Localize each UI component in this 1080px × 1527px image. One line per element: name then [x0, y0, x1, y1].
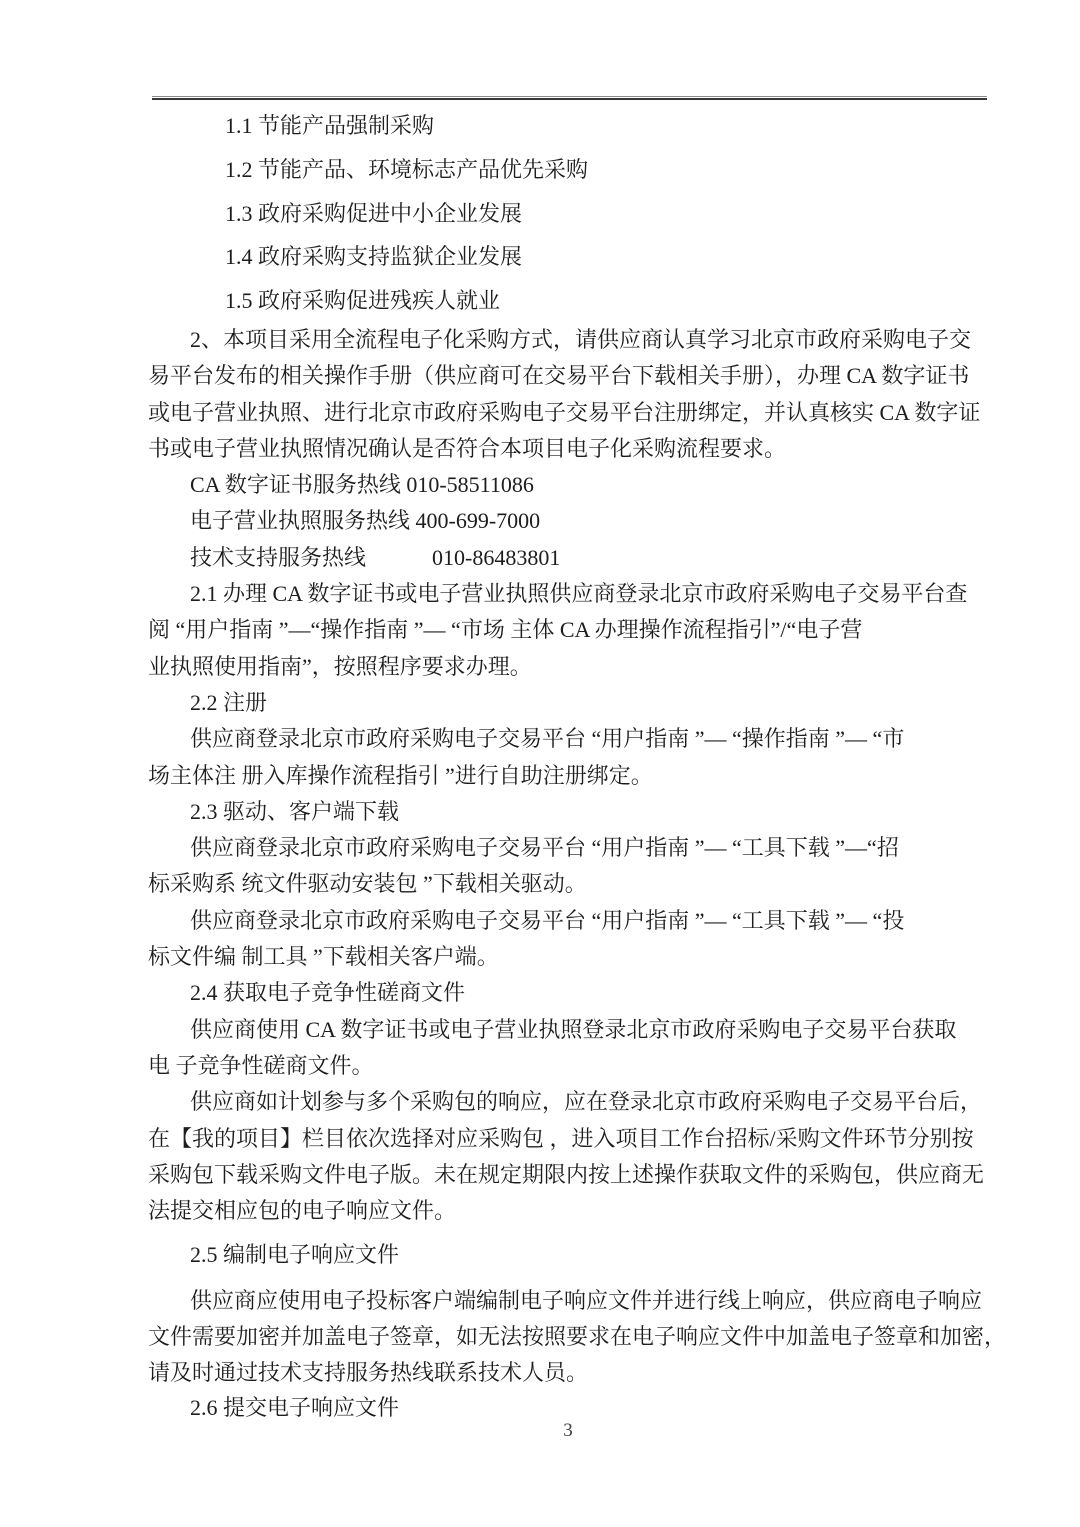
intro-paragraph-line: 或电子营业执照、进行北京市政府采购电子交易平台注册绑定，并认真核实 CA 数字证 — [148, 395, 998, 431]
section-2-3-paragraph-line: 标采购系 统文件驱动安装包 ”下载相关驱动。 — [148, 866, 998, 902]
section-2-3-paragraph-line: 标文件编 制工具 ”下载相关客户端。 — [148, 939, 998, 975]
intro-paragraph-line: 书或电子营业执照情况确认是否符合本项目电子化采购流程要求。 — [148, 431, 998, 467]
section-2-4-paragraph-line: 供应商使用 CA 数字证书或电子营业执照登录北京市政府采购电子交易平台获取 — [148, 1012, 998, 1048]
header-rule — [152, 96, 987, 100]
list-item-1-4: 1.4 政府采购支持监狱企业发展 — [148, 235, 998, 279]
section-2-2-heading: 2.2 注册 — [148, 685, 998, 721]
section-2-1-line: 2.1 办理 CA 数字证书或电子营业执照供应商登录北京市政府采购电子交易平台查 — [148, 576, 998, 612]
document-page: 1.1 节能产品强制采购 1.2 节能产品、环境标志产品优先采购 1.3 政府采… — [0, 0, 1080, 1527]
intro-paragraph-line: 2、本项目采用全流程电子化采购方式，请供应商认真学习北京市政府采购电子交 — [148, 322, 998, 358]
section-2-1-line: 阅 “用户指南 ”—“操作指南 ”— “市场 主体 CA 办理操作流程指引”/“… — [148, 612, 998, 648]
section-2-2-line: 场主体注 册入库操作流程指引 ”进行自助注册绑定。 — [148, 758, 998, 794]
hotline-ca-certificate: CA 数字证书服务热线 010-58511086 — [148, 467, 998, 503]
list-item-1-5: 1.5 政府采购促进残疾人就业 — [148, 279, 998, 323]
section-2-4-paragraph-line: 在【我的项目】栏目依次选择对应采购包 ，进入项目工作台招标/采购文件环节分别按 — [148, 1121, 998, 1157]
intro-paragraph-line: 易平台发布的相关操作手册（供应商可在交易平台下载相关手册），办理 CA 数字证书 — [148, 358, 998, 394]
section-2-5-line: 文件需要加密并加盖电子签章，如无法按照要求在电子响应文件中加盖电子签章和加密， — [148, 1319, 998, 1355]
section-2-2-line: 供应商登录北京市政府采购电子交易平台 “用户指南 ”— “操作指南 ”— “市 — [148, 721, 998, 757]
section-2-4-paragraph-line: 法提交相应包的电子响应文件。 — [148, 1193, 998, 1229]
section-2-4-paragraph-line: 供应商如计划参与多个采购包的响应，应在登录北京市政府采购电子交易平台后， — [148, 1084, 998, 1120]
section-2-4-paragraph-line: 采购包下载采购文件电子版。未在规定期限内按上述操作获取文件的采购包，供应商无 — [148, 1157, 998, 1193]
section-2-5-line: 供应商应使用电子投标客户端编制电子响应文件并进行线上响应，供应商电子响应 — [148, 1283, 998, 1319]
page-content: 1.1 节能产品强制采购 1.2 节能产品、环境标志产品优先采购 1.3 政府采… — [148, 104, 998, 1426]
page-number: 3 — [148, 1420, 988, 1442]
hotline-e-business-license: 电子营业执照服务热线 400-699-7000 — [148, 503, 998, 539]
hotline-tech-support: 技术支持服务热线 010-86483801 — [148, 540, 998, 576]
section-2-4-paragraph-line: 电 子竞争性磋商文件。 — [148, 1048, 998, 1084]
list-item-1-3: 1.3 政府采购促进中小企业发展 — [148, 192, 998, 236]
section-2-4-heading: 2.4 获取电子竞争性磋商文件 — [148, 975, 998, 1011]
section-2-3-paragraph-line: 供应商登录北京市政府采购电子交易平台 “用户指南 ”— “工具下载 ”— “投 — [148, 903, 998, 939]
section-2-1-line: 业执照使用指南”，按照程序要求办理。 — [148, 649, 998, 685]
section-2-3-heading: 2.3 驱动、客户端下载 — [148, 794, 998, 830]
list-item-1-1: 1.1 节能产品强制采购 — [148, 104, 998, 148]
section-2-5-line: 请及时通过技术支持服务热线联系技术人员。 — [148, 1355, 998, 1391]
section-2-3-paragraph-line: 供应商登录北京市政府采购电子交易平台 “用户指南 ”— “工具下载 ”—“招 — [148, 830, 998, 866]
list-item-1-2: 1.2 节能产品、环境标志产品优先采购 — [148, 148, 998, 192]
section-2-5-heading: 2.5 编制电子响应文件 — [148, 1237, 998, 1273]
